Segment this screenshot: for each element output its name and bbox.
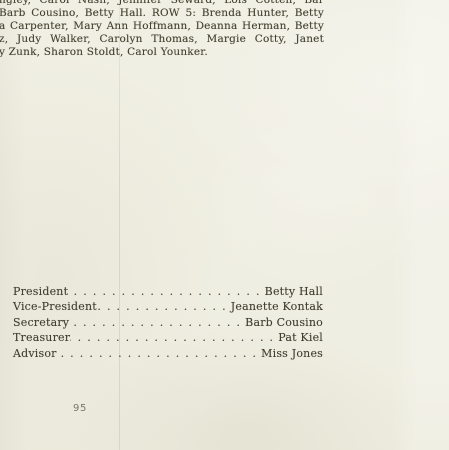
dot-leader: . . . . . . . . . . . . . . . . . . . . … — [97, 299, 231, 314]
dot-leader: . . . . . . . . . . . . . . . . . . . . … — [69, 315, 245, 330]
yearbook-page-scan: ngley, Carol Nash, Jennifer Seward, Lois… — [0, 0, 449, 450]
names-paragraph: ngley, Carol Nash, Jennifer Seward, Lois… — [0, 0, 324, 59]
scan-crease-line — [119, 0, 120, 450]
officer-row: Advisor . . . . . . . . . . . . . . . . … — [13, 346, 323, 361]
officer-name: Barb Cousino — [245, 315, 323, 330]
officer-row: Secretary . . . . . . . . . . . . . . . … — [13, 315, 323, 330]
paper-edge-shading — [0, 0, 449, 450]
paragraph-line: Barb Cousino, Betty Hall. ROW 5: Brenda … — [0, 7, 324, 20]
officer-title: Vice-President — [13, 299, 97, 314]
officer-row: Treasurer . . . . . . . . . . . . . . . … — [13, 330, 323, 345]
officer-title: President — [13, 284, 68, 299]
officer-name: Pat Kiel — [278, 330, 323, 345]
officer-name: Betty Hall — [265, 284, 323, 299]
officers-list: President . . . . . . . . . . . . . . . … — [13, 284, 323, 361]
paragraph-line: y Zunk, Sharon Stoldt, Carol Younker. — [0, 46, 324, 59]
dot-leader: . . . . . . . . . . . . . . . . . . . . … — [70, 330, 278, 345]
officer-name: Jeanette Kontak — [231, 299, 323, 314]
paragraph-line: z, Judy Walker, Carolyn Thomas, Margie C… — [0, 33, 324, 46]
officer-row: Vice-President . . . . . . . . . . . . .… — [13, 299, 323, 314]
page-number: 95 — [73, 403, 87, 414]
dot-leader: . . . . . . . . . . . . . . . . . . . . … — [57, 346, 262, 361]
officer-row: President . . . . . . . . . . . . . . . … — [13, 284, 323, 299]
paragraph-line: a Carpenter, Mary Ann Hoffmann, Deanna H… — [0, 20, 324, 33]
officer-title: Treasurer — [13, 330, 70, 345]
officer-title: Advisor — [13, 346, 57, 361]
dot-leader: . . . . . . . . . . . . . . . . . . . . … — [68, 284, 264, 299]
officer-title: Secretary — [13, 315, 69, 330]
paragraph-line-clipped: ngley, Carol Nash, Jennifer Seward, Lois… — [0, 0, 324, 7]
officer-name: Miss Jones — [261, 346, 323, 361]
